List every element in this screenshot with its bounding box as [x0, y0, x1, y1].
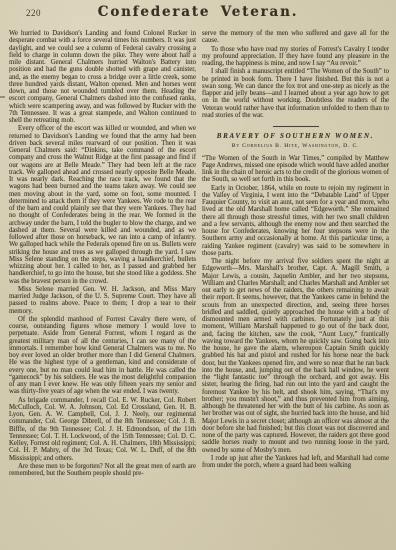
paragraph: As brigade commander, I recall Col. E. W… — [9, 397, 196, 462]
paragraph: Miss Selene married Gen. W. H. Jackson, … — [9, 286, 196, 315]
paragraph: To those who have read my stories of For… — [202, 46, 389, 68]
paragraph: “The Women of the South in War Times,” c… — [202, 155, 389, 184]
article-separator-rule — [273, 126, 319, 127]
page-header: 220 Confederate Veteran. — [0, 0, 396, 26]
paragraph: Every officer of the escort was killed o… — [9, 125, 196, 285]
paragraph: I rode up just after the Yankees had lef… — [202, 455, 389, 470]
paragraph: serve the memory of the men who suffered… — [202, 30, 389, 45]
paragraph: Early in October, 1864, while en route t… — [202, 185, 389, 258]
paragraph: Are these men to be forgotten? Not all t… — [9, 463, 196, 478]
left-column: We hurried to Davidson's Landing and fou… — [9, 30, 196, 478]
scanned-magazine-page: 220 Confederate Veteran. We hurried to D… — [0, 0, 396, 550]
paragraph: Of the splendid manhood of Forrest Caval… — [9, 316, 196, 396]
paragraph: We hurried to Davidson's Landing and fou… — [9, 30, 196, 124]
article-title: BRAVERY OF SOUTHERN WOMEN. — [202, 133, 389, 140]
article-byline: By Cornelius B. Hite, Washington, D. C. — [202, 143, 389, 150]
paragraph: I shall finish a manuscript entitled “Th… — [202, 68, 389, 119]
paragraph: The night before my arrival five soldier… — [202, 258, 389, 454]
masthead-title: Confederate Veteran. — [0, 4, 396, 20]
margin-mark — [0, 96, 5, 98]
right-column: serve the memory of the men who suffered… — [202, 30, 389, 470]
